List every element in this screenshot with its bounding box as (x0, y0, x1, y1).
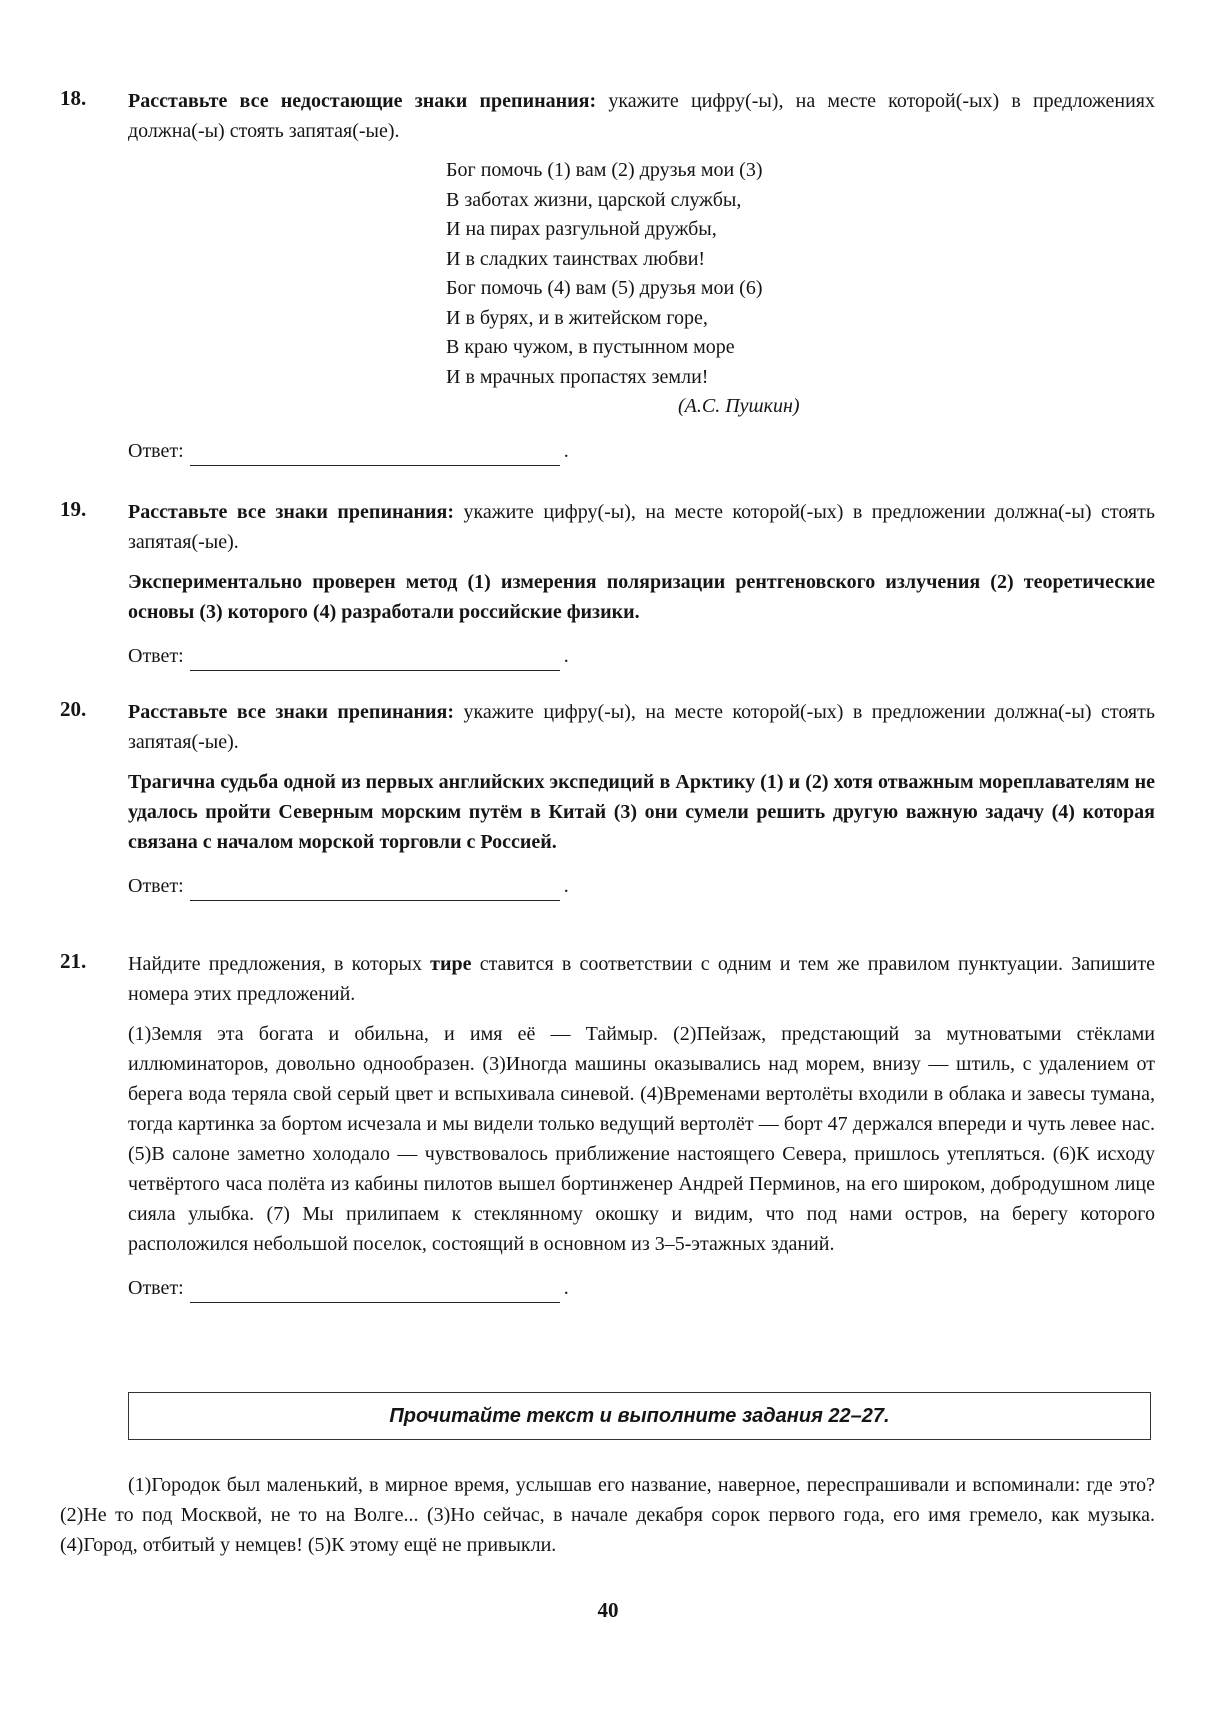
answer-row: Ответ: . (128, 436, 1155, 466)
task-instruction: Найдите предложения, в которых тире став… (128, 949, 1155, 1009)
task-instruction: Расставьте все знаки препинания: укажите… (128, 497, 1155, 557)
instruction-bold: тире (430, 953, 471, 975)
poem-line: Бог помочь (4) вам (5) друзья мои (6) (446, 274, 1155, 304)
answer-row: Ответ: . (128, 641, 1155, 671)
answer-field[interactable] (190, 1284, 560, 1303)
poem: Бог помочь (1) вам (2) друзья мои (3) В … (446, 156, 1155, 422)
task-instruction: Расставьте все знаки препинания: укажите… (128, 697, 1155, 757)
poem-line: И в сладких таинствах любви! (446, 245, 1155, 275)
poem-line: В краю чужом, в пустынном море (446, 333, 1155, 363)
poem-line: И в мрачных пропастях земли! (446, 363, 1155, 393)
task-18: 18. Расставьте все недостающие знаки пре… (60, 86, 1155, 466)
task-number: 20. (60, 697, 86, 722)
reading-text: (1)Городок был маленький, в мирное время… (60, 1470, 1155, 1560)
poem-line: И в бурях, и в житейском горе, (446, 304, 1155, 334)
task-number: 21. (60, 949, 86, 974)
banner-text: Прочитайте текст и выполните задания 22–… (389, 1405, 889, 1428)
answer-period: . (564, 641, 569, 671)
page-number: 40 (0, 1598, 1216, 1623)
task-sentence: Экспериментально проверен метод (1) изме… (128, 567, 1155, 627)
task-19: 19. Расставьте все знаки препинания: ука… (60, 497, 1155, 671)
answer-label: Ответ: (128, 1273, 184, 1303)
reading-instruction-banner: Прочитайте текст и выполните задания 22–… (128, 1392, 1151, 1440)
task-20: 20. Расставьте все знаки препинания: ука… (60, 697, 1155, 901)
answer-field[interactable] (190, 652, 560, 671)
instruction-bold: Расставьте все недостающие знаки препина… (128, 90, 596, 112)
task-21: 21. Найдите предложения, в которых тире … (60, 949, 1155, 1303)
answer-label: Ответ: (128, 436, 184, 466)
task-text: (1)Земля эта богата и обильна, и имя её … (128, 1019, 1155, 1259)
poem-line: И на пирах разгульной дружбы, (446, 215, 1155, 245)
document-page: 18. Расставьте все недостающие знаки пре… (0, 0, 1216, 1712)
answer-period: . (564, 1273, 569, 1303)
task-number: 19. (60, 497, 86, 522)
task-sentence: Трагична судьба одной из первых английск… (128, 767, 1155, 857)
task-number: 18. (60, 86, 86, 111)
answer-row: Ответ: . (128, 871, 1155, 901)
poem-author: (А.С. Пушкин) (446, 392, 1155, 422)
answer-field[interactable] (190, 447, 560, 466)
answer-period: . (564, 871, 569, 901)
answer-label: Ответ: (128, 641, 184, 671)
instruction-bold: Расставьте все знаки препинания: (128, 501, 454, 523)
poem-line: В заботах жизни, царской службы, (446, 186, 1155, 216)
answer-row: Ответ: . (128, 1273, 1155, 1303)
answer-label: Ответ: (128, 871, 184, 901)
instruction-bold: Расставьте все знаки препинания: (128, 701, 454, 723)
poem-line: Бог помочь (1) вам (2) друзья мои (3) (446, 156, 1155, 186)
instruction-pre: Найдите предложения, в которых (128, 953, 430, 975)
answer-field[interactable] (190, 882, 560, 901)
task-instruction: Расставьте все недостающие знаки препина… (128, 86, 1155, 146)
answer-period: . (564, 436, 569, 466)
